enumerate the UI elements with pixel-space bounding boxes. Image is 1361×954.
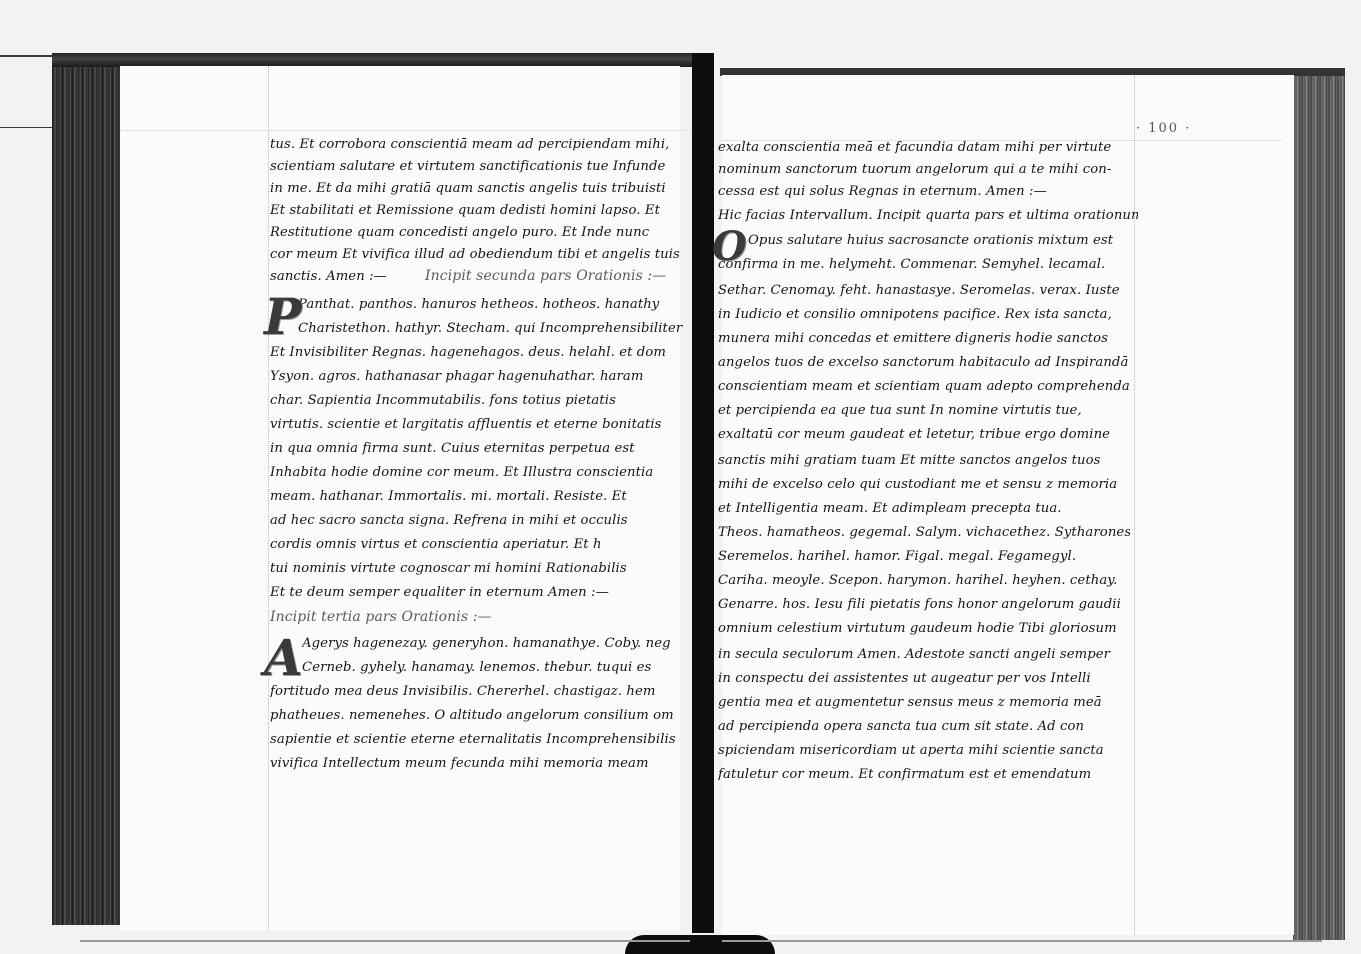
left-bottom-edge bbox=[80, 940, 690, 942]
text-line: conscientiam meam et scientiam quam adep… bbox=[718, 379, 1130, 394]
text-line: in me. Et da mihi gratiā quam sanctis an… bbox=[270, 181, 690, 196]
text-line: Hic facias Intervallum. Incipit quarta p… bbox=[718, 208, 1138, 223]
right-page-text: exalta conscientia meā et facundia datam… bbox=[718, 140, 1130, 800]
text-line: exalta conscientia meā et facundia datam… bbox=[718, 140, 1130, 155]
right-margin-ruling bbox=[1134, 75, 1135, 935]
text-line: spiciendam misericordiam ut aperta mihi … bbox=[718, 743, 1130, 758]
text-line: in Iudicio et consilio omnipotens pacifi… bbox=[718, 307, 1130, 322]
text-line: phatheues. nemenehes. O altitudo angelor… bbox=[270, 708, 690, 723]
text-line: sapientie et scientie eterne eternalitat… bbox=[270, 732, 690, 747]
text-line: fortitudo mea deus Invisibilis. Chererhe… bbox=[270, 684, 690, 699]
right-bottom-edge bbox=[722, 940, 1322, 942]
text-line: Charistethon. hathyr. Stecham. qui Incom… bbox=[298, 321, 690, 336]
section-heading: Incipit tertia pars Orationis :— bbox=[270, 609, 690, 625]
text-line: scientiam salutare et virtutem sanctific… bbox=[270, 159, 690, 174]
text-line: ad hec sacro sancta signa. Refrena in mi… bbox=[270, 513, 690, 528]
text-line: munera mihi concedas et emittere digneri… bbox=[718, 331, 1130, 346]
left-page-edges bbox=[52, 55, 122, 925]
text-line: omnium celestium virtutum gaudeum hodie … bbox=[718, 621, 1130, 636]
text-line: meam. hathanar. Immortalis. mi. mortali.… bbox=[270, 489, 690, 504]
text-line: et Intelligentia meam. Et adimpleam prec… bbox=[718, 501, 1130, 516]
text-line: in secula seculorum Amen. Adestote sanct… bbox=[718, 647, 1130, 662]
text-line: Genarre. hos. Iesu fili pietatis fons ho… bbox=[718, 597, 1130, 612]
text-line: confirma in me. helymeht. Commenar. Semy… bbox=[718, 257, 1130, 272]
text-line: vivifica Intellectum meum fecunda mihi m… bbox=[270, 756, 690, 771]
backdrop-line-top bbox=[0, 55, 60, 57]
text-line: Cerneb. gyhely. hanamay. lenemos. thebur… bbox=[302, 660, 690, 675]
text-line: Restitutione quam concedisti angelo puro… bbox=[270, 225, 690, 240]
spine-foot bbox=[625, 935, 775, 954]
text-line: cessa est qui solus Regnas in eternum. A… bbox=[718, 184, 1130, 199]
text-line: Ysyon. agros. hathanasar phagar hagenuha… bbox=[270, 369, 690, 384]
folio-number: · 100 · bbox=[1136, 121, 1191, 136]
text-line: tui nominis virtute cognoscar mi homini … bbox=[270, 561, 690, 576]
left-top-ruling bbox=[120, 130, 690, 131]
backdrop-line-mid bbox=[0, 127, 55, 128]
text-line: fatuletur cor meum. Et confirmatum est e… bbox=[718, 767, 1130, 782]
text-line: Et stabilitati et Remissione quam dedist… bbox=[270, 203, 690, 218]
text-line: sanctis mihi gratiam tuam Et mitte sanct… bbox=[718, 453, 1130, 468]
text-line: angelos tuos de excelso sanctorum habita… bbox=[718, 355, 1130, 370]
decorated-initial-o: O bbox=[712, 222, 747, 272]
left-top-edge bbox=[52, 53, 692, 67]
text-line: Panthat. panthos. hanuros hetheos. hothe… bbox=[298, 297, 690, 312]
text-line: ad percipienda opera sancta tua cum sit … bbox=[718, 719, 1130, 734]
text-line: tus. Et corrobora conscientiā meam ad pe… bbox=[270, 137, 690, 152]
text-line: nominum sanctorum tuorum angelorum qui a… bbox=[718, 162, 1130, 177]
text-line: virtutis. scientie et largitatis affluen… bbox=[270, 417, 690, 432]
left-page-text: tus. Et corrobora conscientiā meam ad pe… bbox=[270, 137, 690, 797]
text-line: exaltatū cor meum gaudeat et letetur, tr… bbox=[718, 427, 1130, 442]
text-line: Opus salutare huius sacrosancte orationi… bbox=[748, 233, 1138, 248]
text-line: Cariha. meoyle. Scepon. harymon. harihel… bbox=[718, 573, 1130, 588]
text-line: et percipienda ea que tua sunt In nomine… bbox=[718, 403, 1130, 418]
text-line: Sethar. Cenomay. feht. hanastasye. Serom… bbox=[718, 283, 1130, 298]
decorated-initial-p: P bbox=[264, 292, 302, 342]
text-line: Theos. hamatheos. gegemal. Salym. vichac… bbox=[718, 525, 1130, 540]
text-line: cor meum Et vivifica illud ad obediendum… bbox=[270, 247, 690, 262]
left-margin-ruling bbox=[268, 66, 269, 930]
right-page-edges bbox=[1293, 70, 1345, 940]
text-line: mihi de excelso celo qui custodiant me e… bbox=[718, 477, 1130, 492]
text-line: char. Sapientia Incommutabilis. fons tot… bbox=[270, 393, 690, 408]
spine-gutter bbox=[692, 53, 714, 933]
text-line: Seremelos. harihel. hamor. Figal. megal.… bbox=[718, 549, 1130, 564]
decorated-initial-a: A bbox=[264, 633, 303, 683]
text-line: Inhabita hodie domine cor meum. Et Illus… bbox=[270, 465, 690, 480]
text-line: Et te deum semper equaliter in eternum A… bbox=[270, 585, 690, 600]
text-line: sanctis. Amen :— bbox=[270, 269, 420, 284]
text-line: gentia mea et augmentetur sensus meus z … bbox=[718, 695, 1130, 710]
text-line: Et Invisibiliter Regnas. hagenehagos. de… bbox=[270, 345, 690, 360]
section-heading: Incipit secunda pars Orationis :— bbox=[425, 268, 690, 284]
text-line: in conspectu dei assistentes ut augeatur… bbox=[718, 671, 1130, 686]
text-line: cordis omnis virtus et conscientia aperi… bbox=[270, 537, 690, 552]
text-line: Agerys hagenezay. generyhon. hamanathye.… bbox=[302, 636, 690, 651]
text-line: in qua omnia firma sunt. Cuius eternitas… bbox=[270, 441, 690, 456]
